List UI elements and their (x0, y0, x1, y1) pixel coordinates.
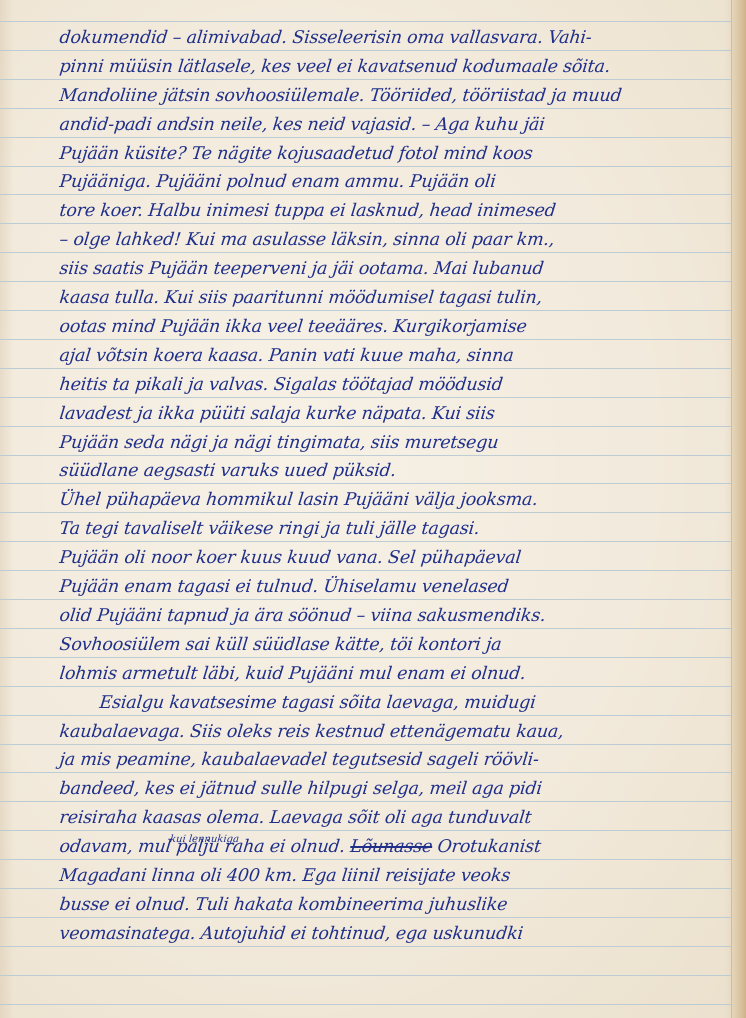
line-text: bandeed, kes ei jätnud sulle hilpugi sel… (59, 779, 543, 799)
line-text: dokumendid – alimivabad. Sisseleerisin o… (59, 28, 593, 48)
line-text: olid Pujääni tapnud ja ära söönud – viin… (59, 606, 547, 626)
line-text: Mandoliine jätsin sovhoosiülemale. Tööri… (59, 86, 623, 106)
text-line: tore koer. Halbu inimesi tuppa ei lasknu… (58, 197, 733, 226)
text-line: Esialgu kavatsesime tagasi sõita laevaga… (98, 689, 733, 718)
text-line: kaubalaevaga. Siis oleks reis kestnud et… (58, 718, 733, 747)
line-text: busse ei olnud. Tuli hakata kombineerima… (59, 895, 509, 915)
line-text-continued: Orotukanist (431, 837, 542, 857)
handwritten-text: dokumendid – alimivabad. Sisseleerisin o… (0, 0, 746, 1018)
superscript-insertion: kui lennukiga (169, 834, 239, 845)
line-text: Ühel pühapäeva hommikul lasin Pujääni vä… (59, 490, 539, 510)
line-text: siis saatis Pujään teeperveni ja jäi oot… (59, 259, 545, 279)
text-line: Pujään seda nägi ja nägi tingimata, siis… (58, 429, 733, 458)
line-text: lohmis armetult läbi, kuid Pujääni mul e… (59, 664, 527, 684)
line-text: ja mis peamine, kaubalaevadel tegutsesid… (59, 750, 540, 770)
line-text: andid-padi andsin neile, kes neid vajasi… (59, 115, 546, 135)
line-text: lavadest ja ikka püüti salaja kurke näpa… (59, 404, 496, 424)
text-line: reisiraha kaasas olema. Laevaga sõit oli… (58, 804, 733, 833)
text-line: heitis ta pikali ja valvas. Sigalas tööt… (58, 371, 733, 400)
line-text: ajal võtsin koera kaasa. Panin vati kuue… (59, 346, 515, 366)
line-text: Esialgu kavatsesime tagasi sõita laevaga… (99, 693, 537, 713)
text-line: Ühel pühapäeva hommikul lasin Pujääni vä… (58, 486, 733, 515)
line-text: heitis ta pikali ja valvas. Sigalas tööt… (59, 375, 504, 395)
text-line: Pujääniga. Pujääni polnud enam ammu. Puj… (58, 168, 733, 197)
text-line: süüdlane aegsasti varuks uued püksid. (58, 457, 733, 486)
text-line: lohmis armetult läbi, kuid Pujääni mul e… (58, 660, 733, 689)
text-line: Sovhoosiülem sai küll süüdlase kätte, tö… (58, 631, 733, 660)
line-text: Pujään küsite? Te nägite kojusaadetud fo… (59, 144, 534, 164)
text-line: busse ei olnud. Tuli hakata kombineerima… (58, 891, 733, 920)
line-text: Magadani linna oli 400 km. Ega liinil re… (59, 866, 512, 886)
line-text: veomasinatega. Autojuhid ei tohtinud, eg… (59, 924, 524, 944)
text-line: pinni müüsin lätlasele, kes veel ei kava… (58, 53, 733, 82)
struck-word: Lõunasse (349, 837, 433, 857)
line-text: reisiraha kaasas olema. Laevaga sõit oli… (59, 808, 533, 828)
line-text: Ta tegi tavaliselt väikese ringi ja tuli… (59, 519, 481, 539)
text-line: Magadani linna oli 400 km. Ega liinil re… (58, 862, 733, 891)
text-line: siis saatis Pujään teeperveni ja jäi oot… (58, 255, 733, 284)
line-text: süüdlane aegsasti varuks uued püksid. (59, 461, 397, 481)
line-text: Pujään seda nägi ja nägi tingimata, siis… (59, 433, 500, 453)
line-text: kaubalaevaga. Siis oleks reis kestnud et… (59, 722, 565, 742)
text-line: ootas mind Pujään ikka veel teeääres. Ku… (58, 313, 733, 342)
text-line: Ta tegi tavaliselt väikese ringi ja tuli… (58, 515, 733, 544)
text-line: ajal võtsin koera kaasa. Panin vati kuue… (58, 342, 733, 371)
text-line: Pujään enam tagasi ei tulnud. Ühiselamu … (58, 573, 733, 602)
line-text: ootas mind Pujään ikka veel teeääres. Ku… (59, 317, 528, 337)
line-text: Pujääniga. Pujääni polnud enam ammu. Puj… (59, 172, 497, 192)
text-line: andid-padi andsin neile, kes neid vajasi… (58, 111, 733, 140)
text-line: veomasinatega. Autojuhid ei tohtinud, eg… (58, 920, 733, 949)
line-text: kaasa tulla. Kui siis paaritunni möödumi… (59, 288, 543, 308)
notebook-page: dokumendid – alimivabad. Sisseleerisin o… (0, 0, 746, 1018)
line-text: pinni müüsin lätlasele, kes veel ei kava… (59, 57, 612, 77)
line-text: Pujään enam tagasi ei tulnud. Ühiselamu … (59, 577, 510, 597)
text-line: kaasa tulla. Kui siis paaritunni möödumi… (58, 284, 733, 313)
line-text: – olge lahked! Kui ma asulasse läksin, s… (59, 230, 556, 250)
text-line: Pujään oli noor koer kuus kuud vana. Sel… (58, 544, 733, 573)
line-text: Sovhoosiülem sai küll süüdlase kätte, tö… (59, 635, 503, 655)
text-line: ja mis peamine, kaubalaevadel tegutsesid… (58, 746, 733, 775)
line-text: Pujään oli noor koer kuus kuud vana. Sel… (59, 548, 522, 568)
line-text: tore koer. Halbu inimesi tuppa ei lasknu… (59, 201, 557, 221)
text-line: Pujään küsite? Te nägite kojusaadetud fo… (58, 140, 733, 169)
text-line: – olge lahked! Kui ma asulasse läksin, s… (58, 226, 733, 255)
text-line: Mandoliine jätsin sovhoosiülemale. Tööri… (58, 82, 733, 111)
text-line: olid Pujääni tapnud ja ära söönud – viin… (58, 602, 733, 631)
text-line: dokumendid – alimivabad. Sisseleerisin o… (58, 24, 733, 53)
text-line: bandeed, kes ei jätnud sulle hilpugi sel… (58, 775, 733, 804)
text-line: lavadest ja ikka püüti salaja kurke näpa… (58, 400, 733, 429)
text-line: odavam, mul palju raha ei olnud. Lõunass… (58, 833, 733, 862)
